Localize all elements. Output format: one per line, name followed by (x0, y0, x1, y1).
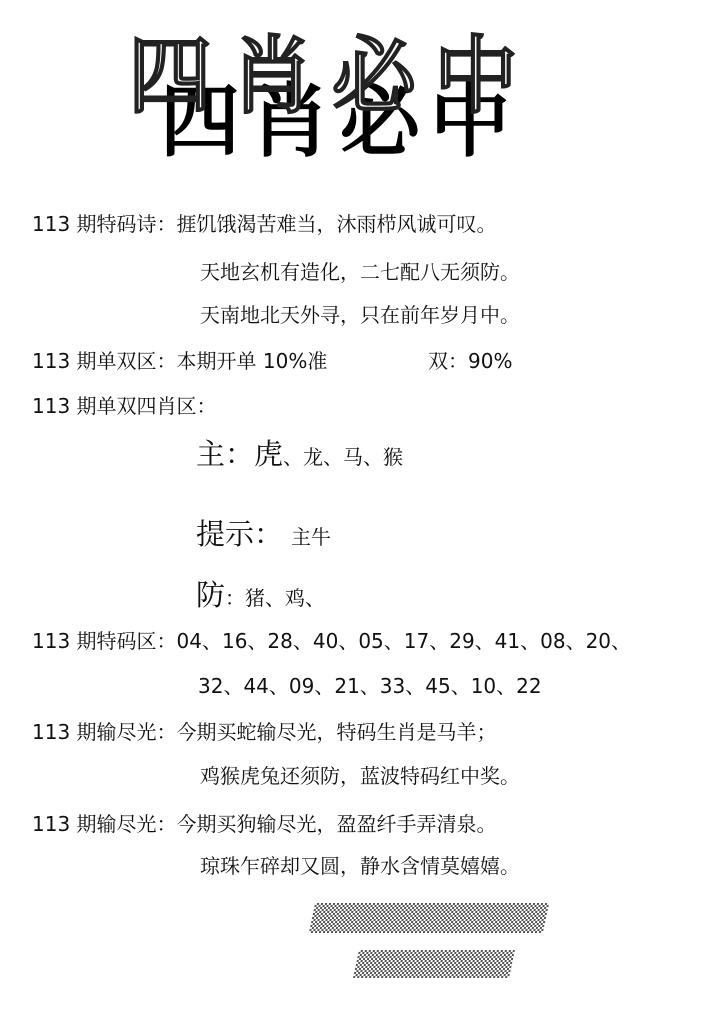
lose-all-2-line-1: 今期买狗输尽光，盈盈纤手弄清泉。 (177, 812, 497, 836)
poem-line-2: 天地玄机有造化，二七配八无须防。 (200, 262, 520, 282)
hint-label: 提示： (196, 517, 283, 551)
lose-all-2-label: 113 期输尽光： (32, 812, 177, 836)
hint-value: 主牛 (291, 525, 331, 549)
lose-all-2-line-2: 琼珠乍碎却又圆，静水含情莫嬉嬉。 (200, 856, 520, 876)
lose-all-2-row: 113 期输尽光：今期买狗输尽光，盈盈纤手弄清泉。 (32, 814, 497, 834)
poem-label: 113 期特码诗： (32, 212, 177, 236)
guard-label: 防 (196, 578, 225, 612)
main-first: 虎 (254, 437, 283, 471)
main-zodiac-row: 主：虎、龙、马、猴 (196, 432, 403, 473)
lose-all-1-label: 113 期输尽光： (32, 720, 177, 744)
special-numbers-list-1: 04、16、28、40、05、17、29、41、08、20、 (177, 629, 632, 653)
poem-row-1: 113 期特码诗：捱饥饿渴苦难当，沐雨栉风诚可叹。 (32, 214, 497, 234)
odd-text: 本期开单 10%准 (177, 349, 328, 373)
poem-line-1: 捱饥饿渴苦难当，沐雨栉风诚可叹。 (177, 212, 497, 236)
main-label: 主： (196, 437, 254, 471)
halftone-logo-subtitle-icon (353, 950, 515, 978)
guard-row: 防：猪、鸡、 (196, 573, 325, 614)
lose-all-1-line-1: 今期买蛇输尽光，特码生肖是马羊； (177, 720, 497, 744)
lose-all-1-line-2: 鸡猴虎兔还须防，蓝波特码红中奖。 (200, 766, 520, 786)
halftone-logo-icon (309, 903, 549, 933)
poem-line-3: 天南地北天外寻，只在前年岁月中。 (200, 305, 520, 325)
odd-even-label: 113 期单双区： (32, 349, 177, 373)
hint-row: 提示：主牛 (196, 512, 331, 553)
page-title-outline: 四肖必中 (128, 34, 536, 118)
even-text: 双：90% (428, 351, 512, 371)
main-rest: 、龙、马、猴 (283, 445, 403, 469)
lose-all-1-row: 113 期输尽光：今期买蛇输尽光，特码生肖是马羊； (32, 722, 497, 742)
four-zodiac-label: 113 期单双四肖区： (32, 396, 217, 416)
special-numbers-label: 113 期特码区： (32, 629, 177, 653)
guard-value: ：猪、鸡、 (225, 586, 325, 610)
special-numbers-list-2: 32、44、09、21、33、45、10、22 (198, 676, 542, 696)
odd-even-row: 113 期单双区：本期开单 10%准 (32, 351, 327, 371)
special-numbers-row-1: 113 期特码区：04、16、28、40、05、17、29、41、08、20、 (32, 631, 631, 651)
